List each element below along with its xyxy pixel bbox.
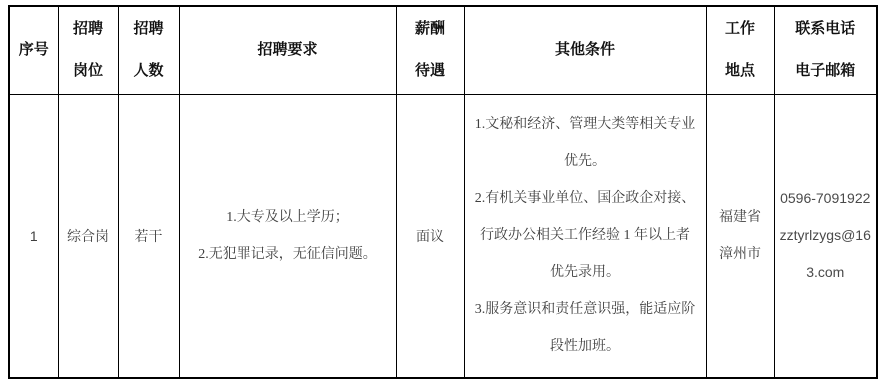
text-line: 薪酬	[397, 8, 464, 50]
cell-location: 福建省漳州市	[706, 94, 774, 378]
text-line: 岗位	[59, 50, 118, 92]
col-header-location: 工作地点	[706, 6, 774, 94]
text-line: 招聘要求	[180, 29, 396, 71]
text-line: 优先。	[465, 143, 706, 180]
text-line: 2.无犯罪记录，无征信问题。	[180, 236, 396, 273]
text-line: 待遇	[397, 50, 464, 92]
text-line: 电子邮箱	[775, 50, 877, 92]
text-line: 0596-7091922	[775, 180, 877, 217]
text-line: 1.文秘和经济、管理大类等相关专业	[465, 106, 706, 143]
text-line: 行政办公相关工作经验 1 年以上者	[465, 217, 706, 254]
cell-other-conditions: 1.文秘和经济、管理大类等相关专业优先。2.有机关事业单位、国企政企对接、行政办…	[464, 94, 706, 378]
col-header-headcount: 招聘人数	[118, 6, 179, 94]
recruitment-table-container: 序号 招聘岗位 招聘人数 招聘要求 薪酬待遇 其他条件 工作地点 联系电话电子邮…	[8, 5, 878, 379]
cell-position: 综合岗	[58, 94, 118, 378]
col-header-position: 招聘岗位	[58, 6, 118, 94]
cell-seq: 1	[9, 94, 58, 378]
table-row: 1 综合岗 若干 1.大专及以上学历；2.无犯罪记录，无征信问题。 面议 1.文…	[9, 94, 877, 378]
col-header-contact: 联系电话电子邮箱	[774, 6, 877, 94]
header-row: 序号 招聘岗位 招聘人数 招聘要求 薪酬待遇 其他条件 工作地点 联系电话电子邮…	[9, 6, 877, 94]
recruitment-table: 序号 招聘岗位 招聘人数 招聘要求 薪酬待遇 其他条件 工作地点 联系电话电子邮…	[8, 5, 878, 379]
text-line: 漳州市	[707, 236, 774, 273]
col-header-requirements: 招聘要求	[179, 6, 396, 94]
text-line: 序号	[10, 29, 58, 71]
cell-headcount: 若干	[118, 94, 179, 378]
text-line: 地点	[707, 50, 774, 92]
text-line: 福建省	[707, 199, 774, 236]
text-line: 1.大专及以上学历；	[180, 199, 396, 236]
col-header-seq: 序号	[9, 6, 58, 94]
col-header-other-conditions: 其他条件	[464, 6, 706, 94]
cell-contact: 0596-7091922zztyrlzygs@163.com	[774, 94, 877, 378]
text-line: 工作	[707, 8, 774, 50]
text-line: 优先录用。	[465, 254, 706, 291]
text-line: zztyrlzygs@163.com	[775, 217, 877, 291]
cell-requirements: 1.大专及以上学历；2.无犯罪记录，无征信问题。	[179, 94, 396, 378]
text-line: 段性加班。	[465, 328, 706, 365]
text-line: 其他条件	[465, 29, 706, 71]
text-line: 2.有机关事业单位、国企政企对接、	[465, 180, 706, 217]
cell-salary: 面议	[396, 94, 464, 378]
col-header-salary: 薪酬待遇	[396, 6, 464, 94]
text-line: 招聘	[119, 8, 179, 50]
text-line: 招聘	[59, 8, 118, 50]
text-line: 3.服务意识和责任意识强，能适应阶	[465, 291, 706, 328]
text-line: 人数	[119, 50, 179, 92]
text-line: 联系电话	[775, 8, 877, 50]
